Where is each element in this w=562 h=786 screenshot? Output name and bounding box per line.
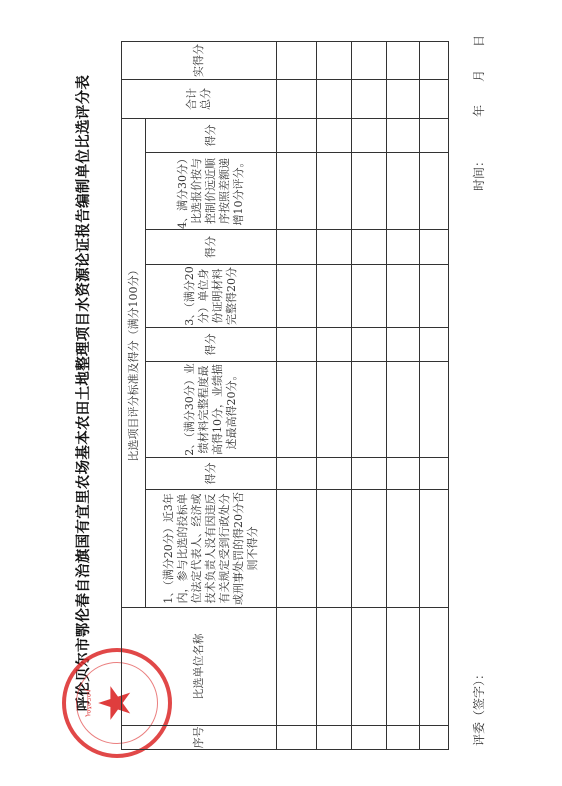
header-actual: 实得分 — [122, 42, 277, 80]
header-criteria-group: 比选项目评分标准及得分（满分100分） — [122, 119, 146, 608]
criterion-2-score-label: 得分 — [146, 328, 277, 362]
table-row — [277, 42, 317, 750]
criterion-1-cell[interactable] — [352, 490, 387, 608]
score-3-cell[interactable] — [387, 230, 420, 265]
date-line: 时间： 年 月 日 — [470, 35, 487, 191]
table-row — [352, 42, 387, 750]
header-serial: 序号 — [122, 726, 277, 750]
unit-name-cell[interactable] — [277, 608, 317, 726]
score-3-cell[interactable] — [317, 230, 352, 265]
score-1-cell[interactable] — [387, 458, 420, 490]
actual-score-cell[interactable] — [420, 42, 449, 80]
score-2-cell[interactable] — [420, 328, 449, 362]
table-row — [317, 42, 352, 750]
score-4-cell[interactable] — [277, 119, 317, 153]
month-label: 月 — [472, 70, 486, 82]
criterion-1-cell[interactable] — [317, 490, 352, 608]
year-label: 年 — [472, 105, 486, 117]
criterion-3-score-label: 得分 — [146, 230, 277, 265]
criterion-3-cell[interactable] — [277, 265, 317, 328]
score-2-cell[interactable] — [277, 328, 317, 362]
score-2-cell[interactable] — [387, 328, 420, 362]
serial-cell[interactable] — [420, 726, 449, 750]
score-3-cell[interactable] — [420, 230, 449, 265]
unit-name-cell[interactable] — [420, 608, 449, 726]
criterion-4-score-label: 得分 — [146, 119, 277, 153]
criterion-3-cell[interactable] — [317, 265, 352, 328]
criterion-2-cell[interactable] — [352, 362, 387, 458]
unit-name-cell[interactable] — [352, 608, 387, 726]
serial-cell[interactable] — [387, 726, 420, 750]
serial-cell[interactable] — [277, 726, 317, 750]
criterion-4-cell[interactable] — [277, 153, 317, 230]
criterion-4-cell[interactable] — [420, 153, 449, 230]
total-cell[interactable] — [387, 80, 420, 119]
criterion-4-cell[interactable] — [352, 153, 387, 230]
criterion-3-cell[interactable] — [420, 265, 449, 328]
total-cell[interactable] — [352, 80, 387, 119]
score-1-cell[interactable] — [317, 458, 352, 490]
score-4-cell[interactable] — [420, 119, 449, 153]
criterion-4-cell[interactable] — [387, 153, 420, 230]
header-total: 合计总分 — [122, 80, 277, 119]
score-4-cell[interactable] — [352, 119, 387, 153]
criterion-2-cell[interactable] — [420, 362, 449, 458]
criterion-1-cell[interactable] — [420, 490, 449, 608]
total-cell[interactable] — [420, 80, 449, 119]
criterion-2-cell[interactable] — [277, 362, 317, 458]
table-row — [387, 42, 420, 750]
score-3-cell[interactable] — [277, 230, 317, 265]
criterion-1-cell[interactable] — [277, 490, 317, 608]
date-label: 时间： — [472, 155, 486, 191]
actual-score-cell[interactable] — [277, 42, 317, 80]
score-4-cell[interactable] — [317, 119, 352, 153]
criterion-3-text: 3、（满分20分）单位身份证明材料完整得20分 — [146, 265, 277, 328]
score-4-cell[interactable] — [387, 119, 420, 153]
serial-cell[interactable] — [317, 726, 352, 750]
unit-name-cell[interactable] — [387, 608, 420, 726]
judge-signature-label: 评委（签字）： — [470, 668, 487, 746]
table-row — [420, 42, 449, 750]
score-table: 序号 比选单位名称 比选项目评分标准及得分（满分100分） 合计总分 实得分 1… — [121, 41, 449, 750]
serial-cell[interactable] — [352, 726, 387, 750]
actual-score-cell[interactable] — [317, 42, 352, 80]
criterion-1-text: 1、（满分20分）近3年内，参与比选的投标单位法定代表人、经济或技术负责人没有因… — [146, 490, 277, 608]
actual-score-cell[interactable] — [352, 42, 387, 80]
total-cell[interactable] — [317, 80, 352, 119]
score-2-cell[interactable] — [352, 328, 387, 362]
criterion-3-cell[interactable] — [352, 265, 387, 328]
unit-name-cell[interactable] — [317, 608, 352, 726]
criterion-2-text: 2、（满分30分）业绩材料完整程度最高得10分，业绩描述最高得20分。 — [146, 362, 277, 458]
criterion-4-text: 4、满分30分）比选报价按与控制价远近顺序按照差额递增10分评分。 — [146, 153, 277, 230]
criterion-2-cell[interactable] — [387, 362, 420, 458]
header-unit-name: 比选单位名称 — [122, 608, 277, 726]
day-label: 日 — [472, 35, 486, 47]
score-1-cell[interactable] — [420, 458, 449, 490]
criterion-1-score-label: 得分 — [146, 458, 277, 490]
total-cell[interactable] — [277, 80, 317, 119]
criterion-2-cell[interactable] — [317, 362, 352, 458]
score-2-cell[interactable] — [317, 328, 352, 362]
criterion-1-cell[interactable] — [387, 490, 420, 608]
criterion-4-cell[interactable] — [317, 153, 352, 230]
criterion-3-cell[interactable] — [387, 265, 420, 328]
score-1-cell[interactable] — [277, 458, 317, 490]
score-3-cell[interactable] — [352, 230, 387, 265]
actual-score-cell[interactable] — [387, 42, 420, 80]
score-1-cell[interactable] — [352, 458, 387, 490]
document-page: 呼伦贝尔市鄂伦春自治旗国有宜里农场基本农田土地整理项目水资源论证报告编制单位比选… — [0, 0, 562, 786]
